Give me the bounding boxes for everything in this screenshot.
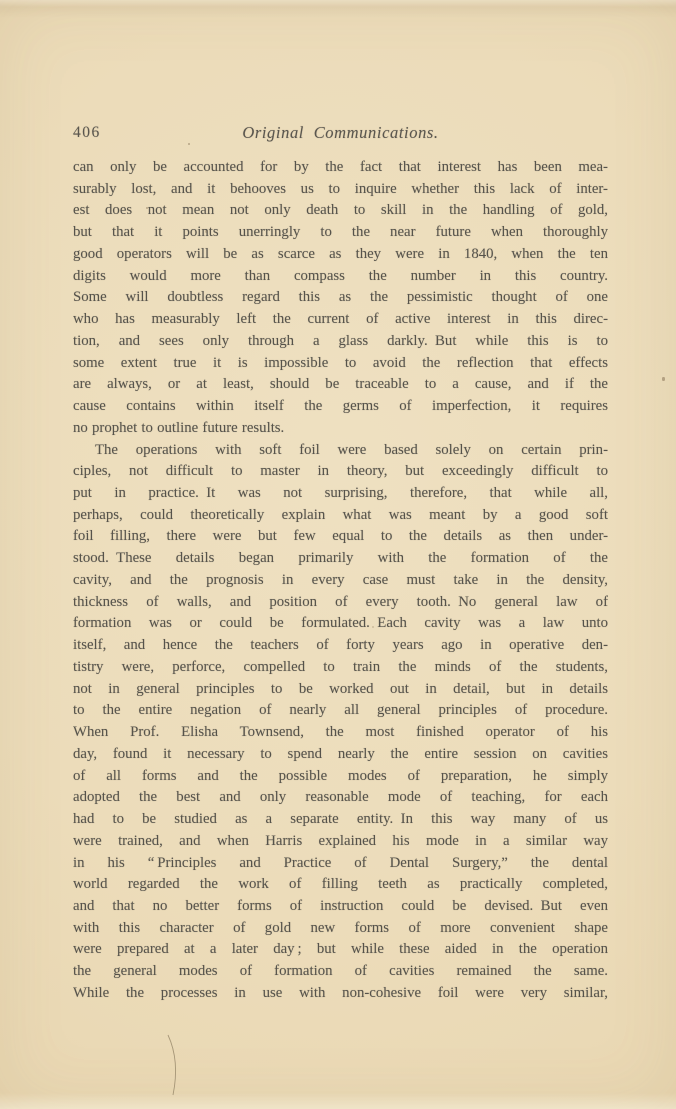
text-line: who has measurably left the current of a… <box>73 309 608 331</box>
text-line: When Prof. Elisha Townsend, the most fin… <box>73 722 608 744</box>
paper-speck <box>662 377 665 381</box>
scan-scratch-mark <box>158 1033 192 1097</box>
text-line: formation was or could be formulated. Ea… <box>73 613 608 635</box>
text-line: can only be accounted for by the fact th… <box>73 157 608 179</box>
book-page: 406 Original Communications. can only be… <box>0 0 676 1109</box>
text-line: While the processes in use with non-cohe… <box>73 983 608 1005</box>
text-line: with this character of gold new forms of… <box>73 918 608 940</box>
paper-speck <box>372 626 374 628</box>
text-line: no prophet to outline future results. <box>73 418 608 440</box>
text-line: ciples, not difficult to master in theor… <box>73 461 608 483</box>
text-line: cause contains within itself the germs o… <box>73 396 608 418</box>
text-line: world regarded the work of filling teeth… <box>73 874 608 896</box>
text-line: tion, and sees only through a glass dark… <box>73 331 608 353</box>
text-line: thickness of walls, and position of ever… <box>73 592 608 614</box>
text-line: had to be studied as a separate entity. … <box>73 809 608 831</box>
text-line: but that it points unerringly to the nea… <box>73 222 608 244</box>
text-line: perhaps, could theoretically explain wha… <box>73 505 608 527</box>
text-line: to the entire negation of nearly all gen… <box>73 700 608 722</box>
text-line: The operations with soft foil were based… <box>73 440 608 462</box>
page-number: 406 <box>73 124 101 142</box>
text-line: the general modes of formation of caviti… <box>73 961 608 983</box>
text-line: good operators will be as scarce as they… <box>73 244 608 266</box>
text-line: itself, and hence the teachers of forty … <box>73 635 608 657</box>
running-title: Original Communications. <box>242 123 438 143</box>
text-line: est does not mean not only death to skil… <box>73 200 608 222</box>
text-line: day, found it necessary to spend nearly … <box>73 744 608 766</box>
text-line: put in practice. It was not surprising, … <box>73 483 608 505</box>
paper-speck <box>146 207 148 209</box>
text-line: were prepared at a later day ; but while… <box>73 939 608 961</box>
text-line: not in general principles to be worked o… <box>73 679 608 701</box>
text-line: and that no better forms of instruction … <box>73 896 608 918</box>
text-line: were trained, and when Harris explained … <box>73 831 608 853</box>
text-line: tistry were, perforce, compelled to trai… <box>73 657 608 679</box>
text-line: some extent true it is impossible to avo… <box>73 353 608 375</box>
page-text: can only be accounted for by the fact th… <box>73 157 608 1005</box>
text-line: surably lost, and it behooves us to inqu… <box>73 179 608 201</box>
text-line: are always, or at least, should be trace… <box>73 374 608 396</box>
text-line: foil filling, there were but few equal t… <box>73 526 608 548</box>
text-line: stood. These details began primarily wit… <box>73 548 608 570</box>
text-line: of all forms and the possible modes of p… <box>73 766 608 788</box>
paper-speck <box>188 143 190 145</box>
paper-speck <box>205 230 207 233</box>
text-line: in his “ Principles and Practice of Dent… <box>73 853 608 875</box>
text-line: digits would more than compass the numbe… <box>73 266 608 288</box>
text-line: cavity, and the prognosis in every case … <box>73 570 608 592</box>
text-line: Some will doubtless regard this as the p… <box>73 287 608 309</box>
page-header: 406 Original Communications. <box>73 123 608 145</box>
text-line: adopted the best and only reasonable mod… <box>73 787 608 809</box>
